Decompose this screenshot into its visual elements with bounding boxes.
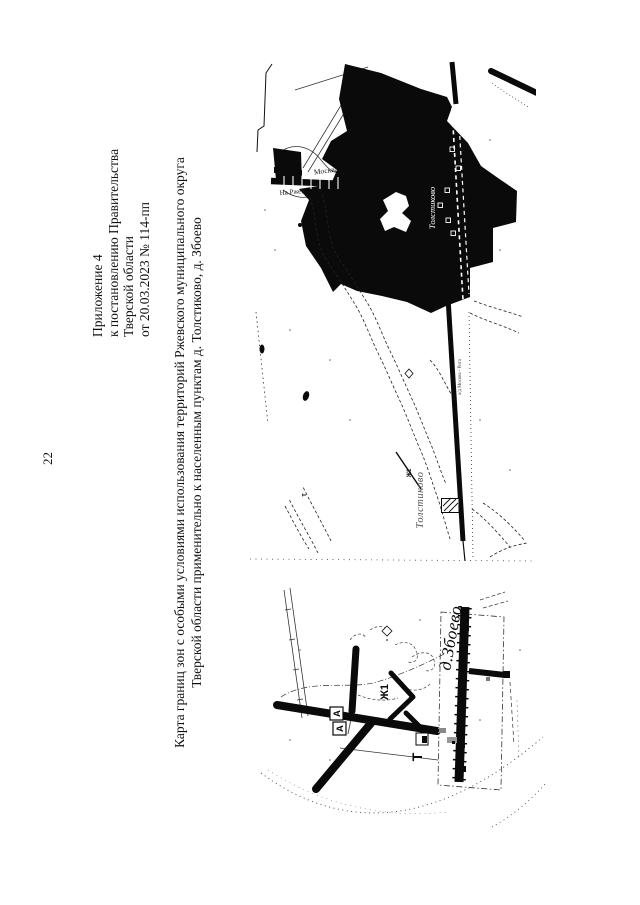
header-line: Тверской области [121, 149, 137, 337]
page-number: 22 [40, 452, 56, 465]
zone-a-markers: А А [330, 707, 346, 735]
zone-zh1-label: Ж1 [379, 684, 391, 701]
map-zboevo: А А д.Збоево Ж1 Т [252, 578, 550, 865]
map-tolstikovo: Москва На Ржев Толстиково Толстиково а/д… [248, 52, 536, 564]
settlement-label: Толстиково [415, 471, 426, 528]
point-markers [289, 619, 521, 772]
zone-zh1-label: Ж1 [407, 468, 413, 478]
highway-label: а/д Москва - Рига [458, 358, 463, 395]
parcel-contours [350, 627, 435, 701]
culvert-box [442, 498, 460, 513]
map-background-lines [284, 588, 519, 790]
settlement-label-inside: Толстиково [427, 187, 437, 229]
settlement-boundary-fill [273, 64, 517, 313]
radius-arcs [261, 737, 547, 827]
symbol-t: т [301, 493, 308, 497]
header-line: от 20.03.2023 № 114-пп [137, 149, 153, 337]
zone-zh1-boundary [390, 673, 421, 728]
appendix-header: Приложение 4 к постановлению Правительст… [90, 149, 152, 337]
title-line: Тверской области применительно к населен… [189, 0, 206, 905]
map-title: Карта границ зон с особыми условиями исп… [172, 0, 205, 905]
header-line: к постановлению Правительства [106, 149, 122, 337]
direction-label: На Ржев [279, 187, 305, 197]
title-line: Карта границ зон с особыми условиями исп… [172, 0, 189, 905]
zone-a1-label: А [332, 710, 343, 717]
document-page: 22 Приложение 4 к постановлению Правител… [0, 0, 640, 905]
roads [277, 606, 505, 789]
header-line: Приложение 4 [90, 149, 106, 337]
zone-a2-label: А [335, 725, 346, 732]
zone-t-label: Т [409, 752, 425, 761]
